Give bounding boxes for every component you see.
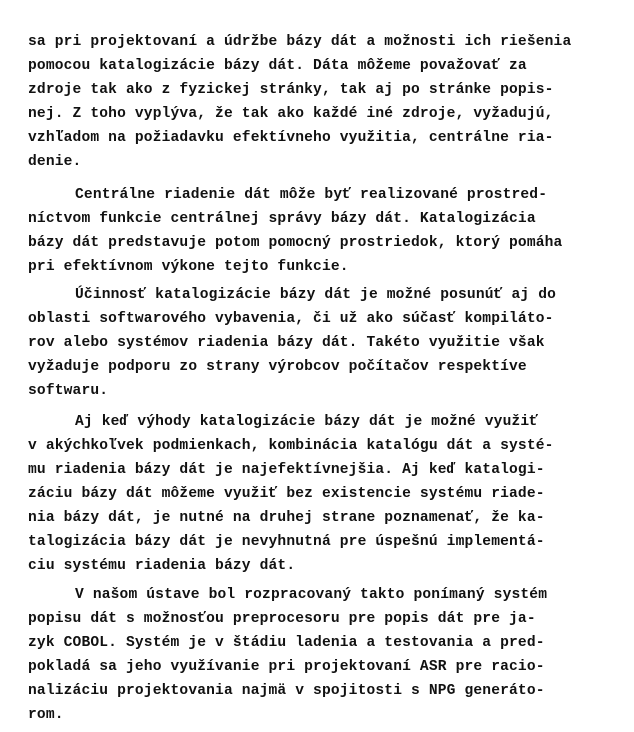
- text-line: bázy dát predstavuje potom pomocný prost…: [28, 234, 562, 252]
- text-line: záciu bázy dát môžeme využiť bez existen…: [28, 485, 545, 503]
- text-line: Aj keď výhody katalogizácie bázy dát je …: [75, 413, 538, 431]
- text-line: rom.: [28, 706, 64, 724]
- text-line: pokladá sa jeho využívanie pri projektov…: [28, 658, 545, 676]
- text-line: popisu dát s možnosťou preprocesoru pre …: [28, 610, 536, 628]
- text-line: v akýchkoľvek podmienkach, kombinácia ka…: [28, 437, 554, 455]
- text-line: nia bázy dát, je nutné na druhej strane …: [28, 509, 545, 527]
- text-line: sa pri projektovaní a údržbe bázy dát a …: [28, 33, 571, 51]
- text-line: denie.: [28, 153, 81, 171]
- text-line: Centrálne riadenie dát môže byť realizov…: [75, 186, 547, 204]
- text-line: nej. Z toho vyplýva, že tak ako každé in…: [28, 105, 554, 123]
- text-line: vzhľadom na požiadavku efektívneho využi…: [28, 129, 554, 147]
- text-line: nalizáciu projektovania najmä v spojitos…: [28, 682, 545, 700]
- text-line: ciu systému riadenia bázy dát.: [28, 557, 295, 575]
- text-line: V našom ústave bol rozpracovaný takto po…: [75, 586, 547, 604]
- text-line: softwaru.: [28, 382, 108, 400]
- text-line: vyžaduje podporu zo strany výrobcov počí…: [28, 358, 527, 376]
- text-line: Účinnosť katalogizácie bázy dát je možné…: [75, 286, 556, 304]
- text-line: oblasti softwarového vybavenia, či už ak…: [28, 310, 554, 328]
- text-line: pomocou katalogizácie bázy dát. Dáta môž…: [28, 57, 527, 75]
- text-line: níctvom funkcie centrálnej správy bázy d…: [28, 210, 536, 228]
- text-line: pri efektívnom výkone tejto funkcie.: [28, 258, 349, 276]
- text-line: rov alebo systémov riadenia bázy dát. Ta…: [28, 334, 545, 352]
- text-line: zyk COBOL. Systém je v štádiu ladenia a …: [28, 634, 545, 652]
- text-line: mu riadenia bázy dát je najefektívnejšia…: [28, 461, 545, 479]
- typewritten-page: sa pri projektovaní a údržbe bázy dát a …: [0, 0, 634, 732]
- text-line: talogizácia bázy dát je nevyhnutná pre ú…: [28, 533, 545, 551]
- text-line: zdroje tak ako z fyzickej stránky, tak a…: [28, 81, 554, 99]
